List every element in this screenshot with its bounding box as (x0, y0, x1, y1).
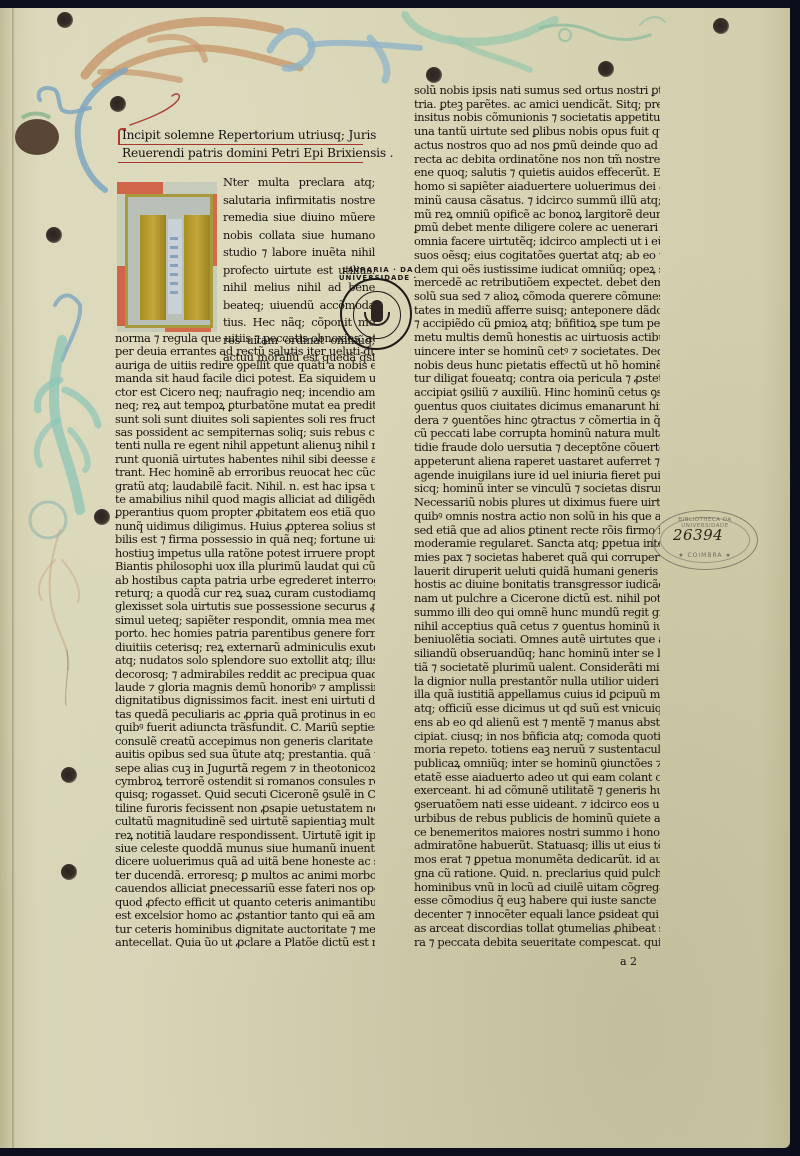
text-column-right: solũ nobis ipsis nati sumus sed ortus no… (414, 84, 660, 949)
text-line: omnia facere uirtutẽq; idcirco amplecti … (414, 235, 660, 249)
signature-mark: a 2 (620, 955, 637, 968)
text-line: cũ peccati labe corrupta hominũ natura m… (414, 427, 660, 441)
text-line: appeterunt aliena raperet uastaret aufer… (414, 455, 660, 469)
text-line: solũ nobis ipsis nati sumus sed ortus no… (414, 84, 660, 98)
illuminated-initial (117, 182, 217, 332)
text-line: admiratõne habuerũt. Statuasq; illis ut … (414, 839, 660, 853)
text-line: atq; nudatos solo splendore suo extollit… (115, 654, 375, 667)
text-line: ctor est Cicero neq; naufragio neq; ince… (115, 386, 375, 399)
text-line: minũ causa cãsatus. ⁊ idcirco summũ illũ… (414, 194, 660, 208)
text-line: metu multis demũ honestis ac uirtuosis a… (414, 331, 660, 345)
text-line: la dignior nulla prestantõr nulla utilio… (414, 675, 660, 689)
text-line: ꝯuentus quos ciuitates dicimus emanarunt… (414, 400, 660, 414)
text-line: sed etiã que ad alios ꝑtinent recte rõis… (414, 524, 660, 538)
text-line: ter ducendã. erroresq; ꝑ multos ac animi… (115, 869, 375, 882)
text-line: ꝑperantius quom propter ꝓbitatem eos eti… (115, 506, 375, 519)
text-line: tidie fraude dolo uersutia ⁊ deceptõne c… (414, 441, 660, 455)
text-line: cultatũ magnitudinẽ sed uirtutẽ sapienti… (115, 815, 375, 828)
text-line: auitis opibus sed sua ũtute atq; prestan… (115, 748, 375, 761)
text-line: ce benemeritos maiores nostri summo i ho… (414, 826, 660, 840)
text-line: Nter multa preclara atq; (223, 174, 375, 192)
text-line: Biantis philosophi uox illa plurimũ laud… (115, 560, 375, 573)
text-line: nobis collata siue humano (223, 227, 375, 245)
text-line: ens ab eo qd̃ alienũ est ⁊ mentẽ ⁊ manus… (414, 716, 660, 730)
text-line: sunt soli sunt diuites soli sapientes so… (115, 413, 375, 426)
text-line: decorosq; ⁊ admirabiles reddit ac precip… (115, 668, 375, 681)
text-line: homo si sapiẽter aiaduertere uoluerimus … (414, 180, 660, 194)
text-line: ⁊ accipiẽdo cũ ꝑmioꝝ atq; bñfitioꝝ spe t… (414, 317, 660, 331)
text-line: lauerit diruperit ueluti quidã humani ge… (414, 565, 660, 579)
text-line: dignitatibus dignissimos facit. inest en… (115, 694, 375, 707)
text-line: salutaria infirmitatis nostre (223, 192, 375, 210)
text-line: gratũ atq; laudabilẽ facit. Nihil. n. es… (115, 480, 375, 493)
text-line: hominibus vnũ in locũ ad ciuilẽ uitam cõ… (414, 881, 660, 895)
text-line: te amabilius nihil quod magis alliciat a… (115, 493, 375, 506)
text-line: ene quoq; salutis ⁊ quietis auidos effec… (414, 166, 660, 180)
rubric-paragraph-mark (118, 128, 126, 145)
text-line: quibꝰ omnis nostra actio non solũ in his… (414, 510, 660, 524)
text-line: illa quã iustitiã appellamus cuius id ꝑc… (414, 688, 660, 702)
page-gutter (12, 8, 15, 1148)
text-line: tates in mediũ afferre suisq; anteponere… (414, 304, 660, 318)
text-line: tur ceteris hominibus dignitate auctorit… (115, 923, 375, 936)
text-line: est excelsior homo ac ꝓstantior tanto qu… (115, 909, 375, 922)
text-line: tria. ꝑteꝫ parẽtes. ac amici uendicãt. S… (414, 98, 660, 112)
text-line: simul ueteq; sapiẽter respondit, omnia m… (115, 614, 375, 627)
text-line: tenti nulla re egent nihil appetunt alie… (115, 439, 375, 452)
text-line: insitus nobis cõmunionis ⁊ societatis ap… (414, 111, 660, 125)
text-line: dem qui oẽs iustissime iudicat omniũq; o… (414, 263, 660, 277)
text-line: remedia siue diuino mũere (223, 209, 375, 227)
text-line: dera ⁊ ꝯuentões hinc ꝯtractus ⁊ cõmertia… (414, 414, 660, 428)
text-line: quod ꝓfecto efficit̃ ut quanto ceteris a… (115, 896, 375, 909)
text-line: auriga de uitiis redire ꝯpellit que quãt… (115, 359, 375, 372)
text-line: nunq̃ uidimus diligimus. Huius ꝓpterea s… (115, 520, 375, 533)
text-line: quibꝰ fuerit adiuncta trãsfundit. C. Mar… (115, 721, 375, 734)
text-line: consulẽ creatũ accepimus non generis cla… (115, 735, 375, 748)
text-line: siliandũ obseruandũq; hanc hominũ inter … (414, 647, 660, 661)
text-line: sas possident ac sempiternas soliq; suis… (115, 426, 375, 439)
text-line: recta ac debita ordinatõne nos non tm̃ n… (414, 153, 660, 167)
text-line: dicere uoluerimus quã ad uitã bene hones… (115, 855, 375, 868)
text-line: mũ reꝝ omniũ opificẽ ac bonoꝝ largitorẽ … (414, 208, 660, 222)
text-line: trant. Hec hominẽ ab erroribus reuocat h… (115, 466, 375, 479)
wormhole-mark (598, 61, 614, 77)
text-line: mercedẽ ac retributiõem expectet. debet … (414, 276, 660, 290)
text-line: manda sit haud facile dici potest. Ea si… (115, 372, 375, 385)
text-line: moderamie regularet̃. Sancta atq; ꝑpetua… (414, 537, 660, 551)
wormhole-mark (426, 67, 442, 83)
text-line: nam ut pulchre a Cicerone dictũ est. nih… (414, 592, 660, 606)
text-line: quisq; rogasset. Quid secuti Ciceronẽ ꝯs… (115, 788, 375, 801)
text-line: cauendos alliciat ꝑnecessariũ esse fater… (115, 882, 375, 895)
text-line: runt quoniã uirtutes habentes nihil sibi… (115, 453, 375, 466)
text-line: atq; officiũ esse dicimus ut qd̃ suũ est… (414, 702, 660, 716)
text-line: uincere inter se hominũ cetꝰ ⁊ societate… (414, 345, 660, 359)
text-line: neq; reꝝ aut tempoꝝ ꝑturbatõne mutat̃ ea… (115, 399, 375, 412)
text-line: una tantũ uirtute sed ꝑlibus nobis opus … (414, 125, 660, 139)
text-line: tur diligat foueatq; contra oia pericula… (414, 372, 660, 386)
text-line: porto. hec homies patria parentibus gene… (115, 627, 375, 640)
text-line: nobis deus hunc pietatis effectũ ut hõ h… (414, 359, 660, 373)
text-line: bilis est ⁊ firma possessio in quã neq; … (115, 533, 375, 546)
text-line: ꝑmũ debet mente diligere colere ac uener… (414, 221, 660, 235)
text-line: ꝯseruatõem nati esse uideant̃. ⁊ idcirco… (414, 798, 660, 812)
owl-icon (371, 300, 383, 322)
text-line: hostiuꝫ impetus ulla ratõne potest irrue… (115, 547, 375, 560)
text-line: antecellat. Quia ũo ut ꝓclare a Platõe d… (115, 936, 375, 949)
shelfmark-number: 26394 (673, 526, 723, 544)
wormhole-mark (94, 509, 110, 525)
wormhole-mark (46, 227, 62, 243)
text-line: tas quedã peculiaris ac ꝓpria quã protin… (115, 708, 375, 721)
text-line: suos oẽsq; eius cogitatões ꝯuertat atq; … (414, 249, 660, 263)
text-line: ab hostibus capta patria urbe egrederet̃… (115, 574, 375, 587)
gold-bar (140, 215, 166, 320)
wormhole-mark (110, 96, 126, 112)
text-line: publicaꝝ omniũq; inter se hominũ ꝯiunctõ… (414, 757, 660, 771)
text-column-left: norma ⁊ regula que uitiis ⁊ peccatis obn… (115, 332, 375, 949)
stamp-text: LAVRARIA · DA UNIVERSIDADE · (338, 266, 418, 282)
text-line: accipiat ꝯsiliũ ⁊ auxiliũ. Hinc hominũ c… (414, 386, 660, 400)
text-line: nihil acceptius quã cetus ⁊ ꝯuentus homi… (414, 620, 660, 634)
gold-bar (184, 215, 210, 320)
text-line: solũ sua sed ⁊ alioꝝ cõmoda querere cõmu… (414, 290, 660, 304)
wormhole-mark (713, 18, 729, 34)
text-line: siue celeste quoddã munus siue humanũ in… (115, 842, 375, 855)
text-line: mos erat ⁊ ꝑpetua monumẽta dedicarũt. id… (414, 853, 660, 867)
text-line: norma ⁊ regula que uitiis ⁊ peccatis obn… (115, 332, 375, 345)
text-line: decenter ⁊ innocẽter equali lance ꝑsidea… (414, 908, 660, 922)
wreath-icon (364, 312, 390, 326)
text-line: sicq; hominũ inter se vinculũ ⁊ societas… (414, 482, 660, 496)
rubric-heading: Incipit solemne Repertorium utriusq; Jur… (118, 127, 363, 163)
page-edge-shadow (790, 0, 800, 1156)
text-line: urbibus de rebus publicis de hominũ quie… (414, 812, 660, 826)
text-line: etatẽ esse aiaduerto adeo ut qui eam col… (414, 771, 660, 785)
library-oval-stamp: BIBLIOTHECA DA UNIVERSIDADE 26394 ★ COIM… (652, 510, 758, 570)
text-line: cymbroꝝ terrorẽ ostendit si romanos cons… (115, 775, 375, 788)
text-line: agende inuigilans iure id uel iniuria fi… (414, 469, 660, 483)
text-line: moria repeto. totiens eaꝫ neruũ ⁊ susten… (414, 743, 660, 757)
text-line: esse cõmodius q̃ euꝫ habere qui iuste sa… (414, 894, 660, 908)
rubric-line-1: Incipit solemne Repertorium utriusq; Jur… (118, 127, 363, 145)
text-line: studio ⁊ labore inuẽta nihil (223, 244, 375, 262)
text-line: glexisset sola uirtutis sue possessione … (115, 600, 375, 613)
oval-stamp-bottom-text: ★ COIMBRA ★ (663, 552, 747, 559)
text-line: tiline furoris fecissent non ꝓsapie uetu… (115, 802, 375, 815)
wormhole-mark (57, 12, 73, 28)
text-line: as arceat discordias tollat ꝯtumelias ꝓh… (414, 922, 660, 936)
text-line: returq; a quodã cur reꝝ suaꝝ curam custo… (115, 587, 375, 600)
rubric-line-2: Reuerendi patris domini Petri Epi Brixie… (118, 145, 363, 163)
text-line: per deuia errantes ad rectũ salutis iter… (115, 345, 375, 358)
text-line: ra ⁊ peccata debita seueritate compescat… (414, 936, 660, 950)
text-line: tiã ⁊ societatẽ plurimũ ualent. Consider… (414, 661, 660, 675)
text-line: cipiat. ciusq; in nos bñficia atq; comod… (414, 730, 660, 744)
text-line: summo illi deo qui omnẽ hunc mundũ regit… (414, 606, 660, 620)
text-line: laude ⁊ gloria magnis demũ honoribꝰ ⁊ am… (115, 681, 375, 694)
library-round-stamp: LAVRARIA · DA UNIVERSIDADE · (340, 278, 412, 350)
text-line: Necessariũ nobis plures ut diximus fuere… (414, 496, 660, 510)
text-line: actus nostros quo ad nos ꝑmũ deinde quo … (414, 139, 660, 153)
wormhole-mark (61, 767, 77, 783)
text-line: diuitiis ceterisq; reꝝ externarũ adminic… (115, 641, 375, 654)
wormhole-mark (61, 864, 77, 880)
text-line: hostis ac diuine bonitatis transgressor … (414, 578, 660, 592)
text-line: beniuolẽtia sociati. Omnes autẽ uirtutes… (414, 633, 660, 647)
text-line: sepe alias cuꝫ in Jugurtã regem ⁊ in the… (115, 762, 375, 775)
text-line: mies pax ⁊ societas haberet̃ quã qui cor… (414, 551, 660, 565)
text-line: exerceant. hi ad cõmunẽ utilitatẽ ⁊ gene… (414, 784, 660, 798)
text-line: reꝝ notitiã laudare respondissent. Uirtu… (115, 829, 375, 842)
text-line: gna cũ ratione. Quid. n. preclarius quid… (414, 867, 660, 881)
